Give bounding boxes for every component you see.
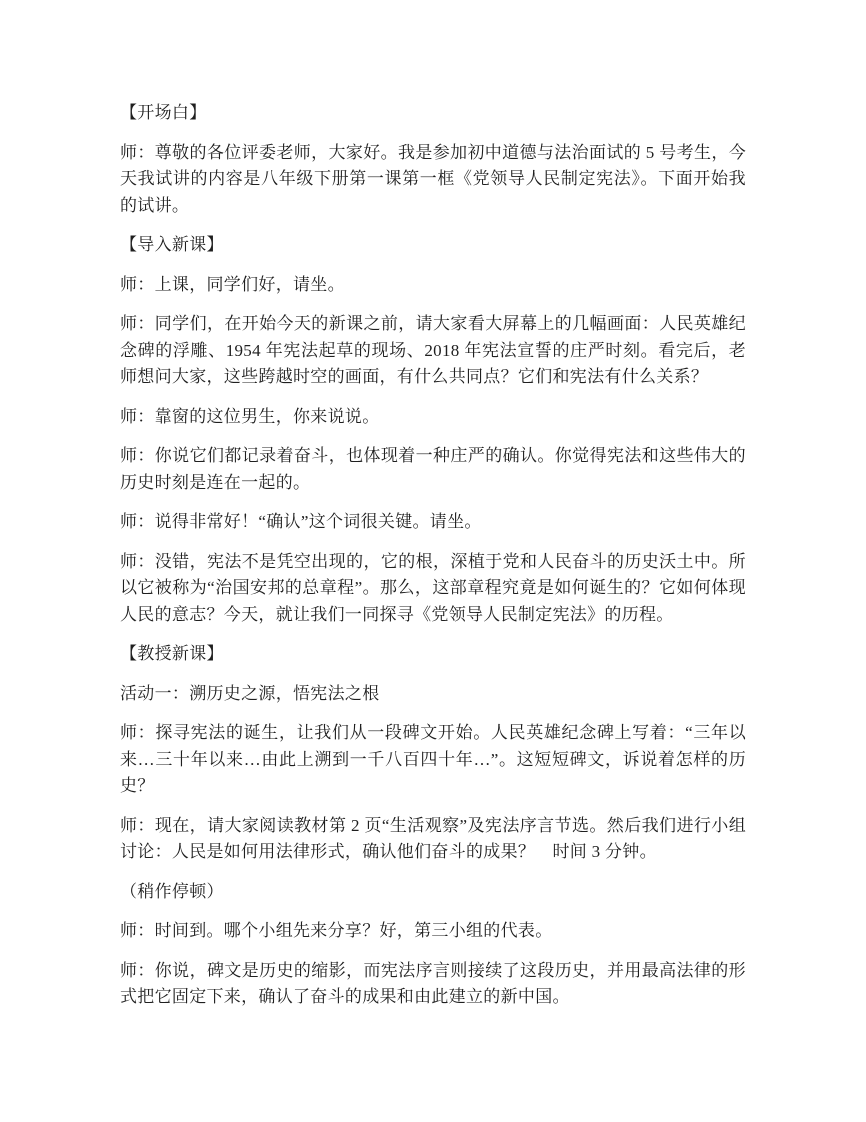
section-heading-lead-in: 【导入新课】 [120,232,746,259]
dialogue-paragraph: 师：现在，请大家阅读教材第 2 页“生活观察”及宪法序言节选。然后我们进行小组讨… [120,813,746,866]
stage-direction: （稍作停顿） [120,879,746,906]
section-heading-opening: 【开场白】 [120,100,746,127]
lesson-script: 【开场白】 师：尊敬的各位评委老师，大家好。我是参加初中道德与法治面试的 5 号… [120,100,746,1011]
dialogue-paragraph: 师：你说它们都记录着奋斗，也体现着一种庄严的确认。你觉得宪法和这些伟大的历史时刻… [120,443,746,496]
dialogue-paragraph: 师：时间到。哪个小组先来分享？好，第三小组的代表。 [120,918,746,945]
dialogue-paragraph: 师：探寻宪法的诞生，让我们从一段碑文开始。人民英雄纪念碑上写着：“三年以来…三十… [120,720,746,800]
dialogue-paragraph: 师：你说，碑文是历史的缩影，而宪法序言则接续了这段历史，并用最高法律的形式把它固… [120,958,746,1011]
dialogue-paragraph: 师：上课，同学们好，请坐。 [120,272,746,299]
dialogue-paragraph: 师：同学们，在开始今天的新课之前，请大家看大屏幕上的几幅画面：人民英雄纪念碑的浮… [120,311,746,391]
activity-title: 活动一：溯历史之源，悟宪法之根 [120,681,746,708]
section-heading-new-lesson: 【教授新课】 [120,641,746,668]
dialogue-paragraph: 师：没错，宪法不是凭空出现的，它的根，深植于党和人民奋斗的历史沃土中。所以它被称… [120,549,746,629]
dialogue-paragraph: 师：说得非常好！“确认”这个词很关键。请坐。 [120,509,746,536]
document-page: 【开场白】 师：尊敬的各位评委老师，大家好。我是参加初中道德与法治面试的 5 号… [0,0,866,1122]
dialogue-paragraph: 师：靠窗的这位男生，你来说说。 [120,404,746,431]
dialogue-paragraph: 师：尊敬的各位评委老师，大家好。我是参加初中道德与法治面试的 5 号考生，今天我… [120,140,746,220]
